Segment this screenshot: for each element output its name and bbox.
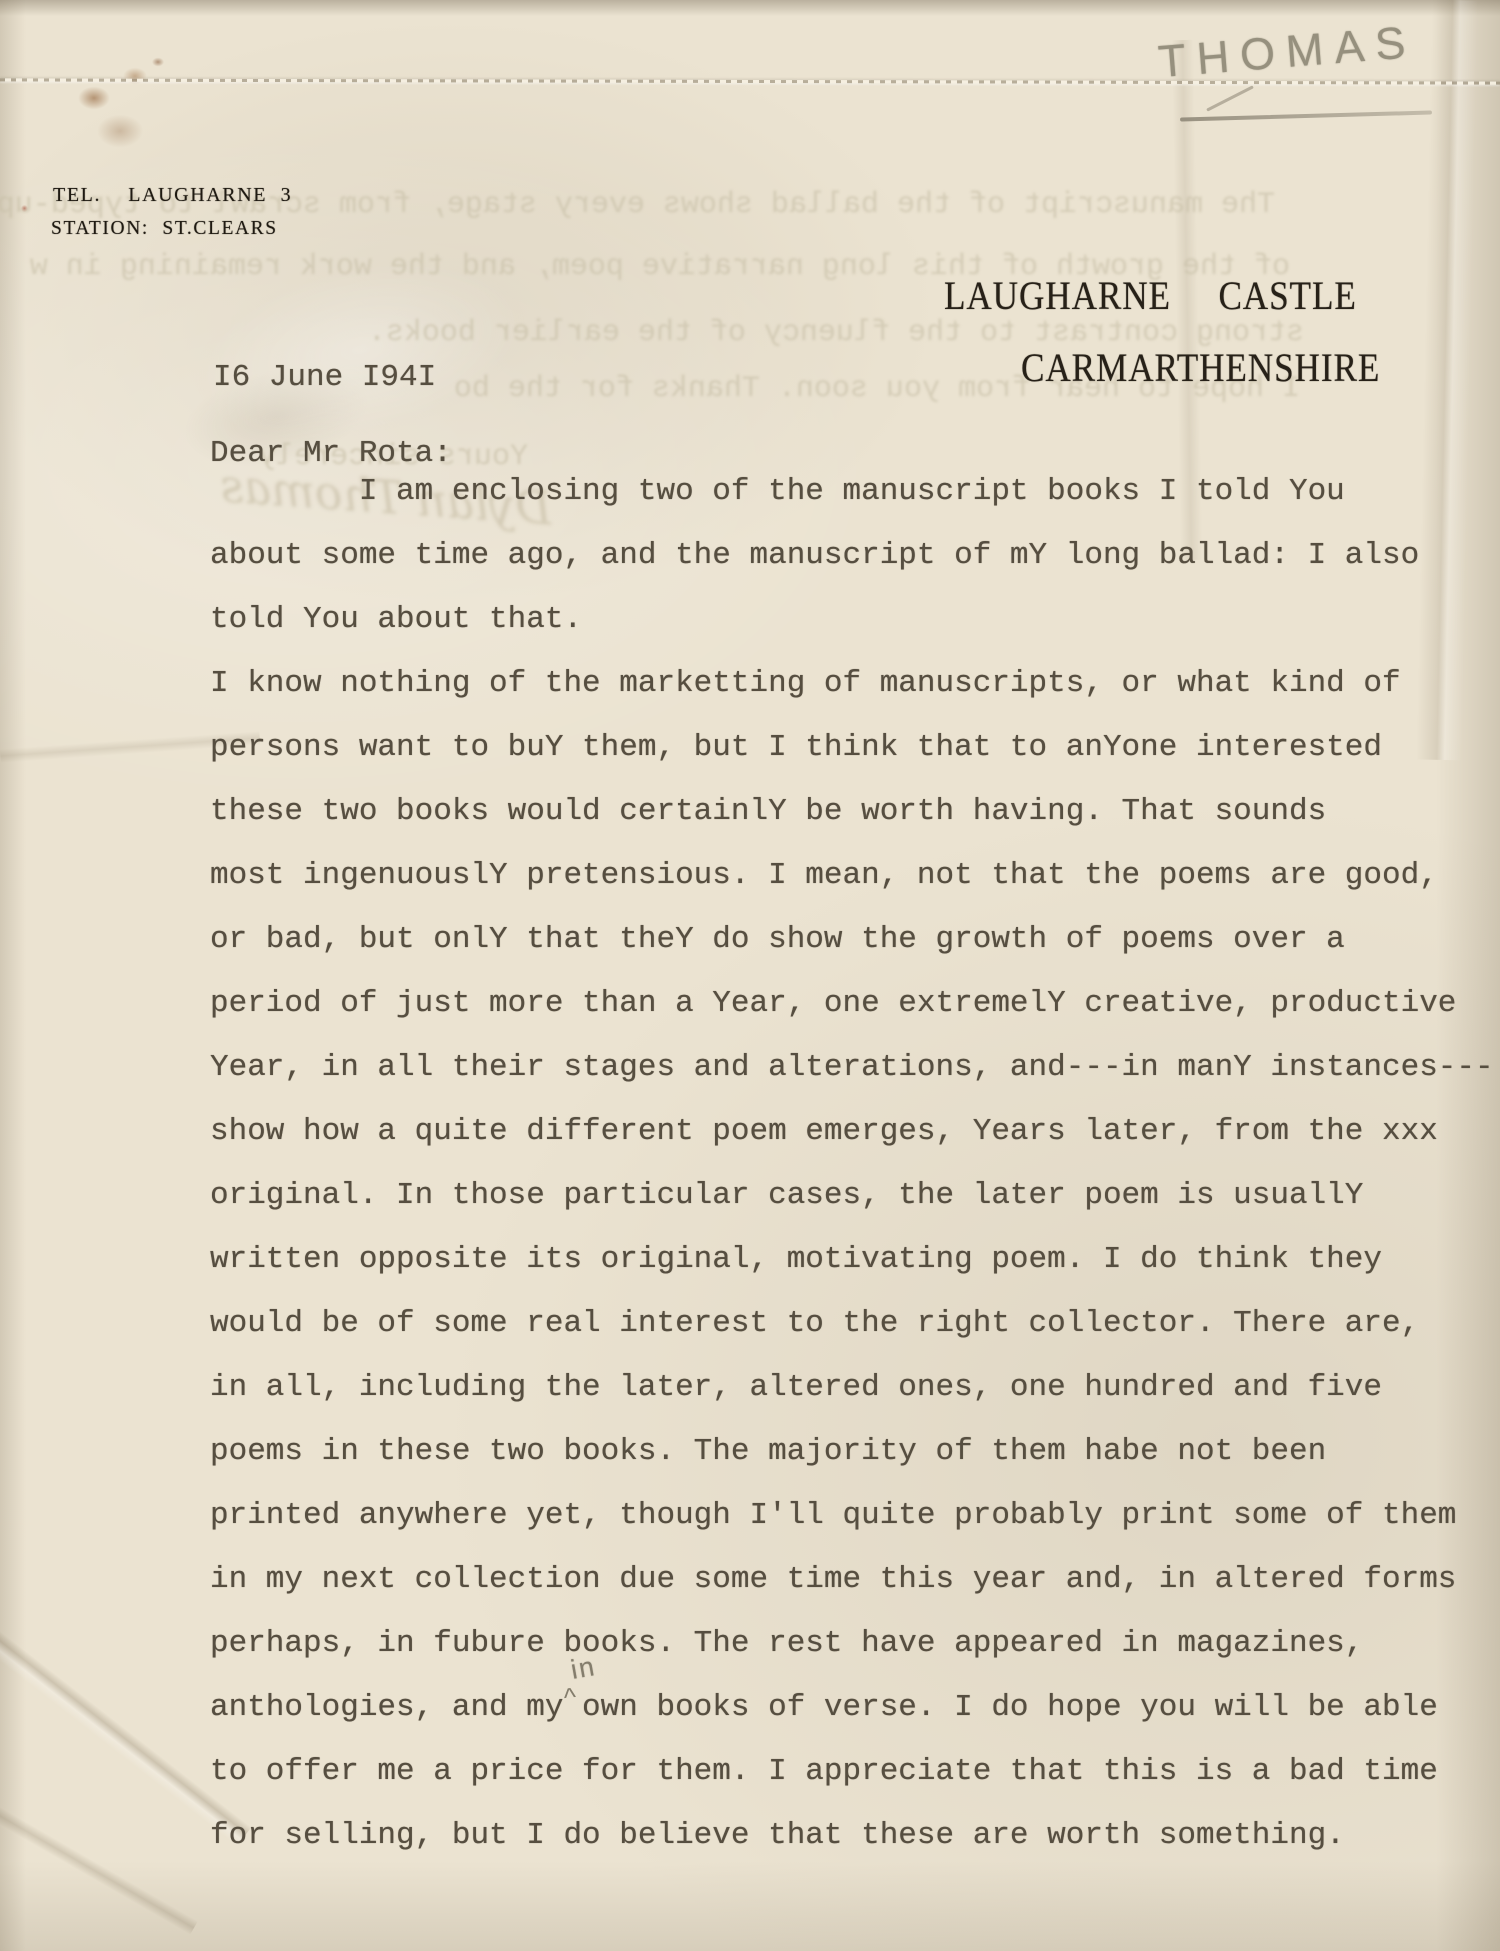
typed-line: show how a quite different poem emerges,… <box>210 1100 1500 1164</box>
paper-crease <box>0 1801 198 1935</box>
typed-line: about some time ago, and the manuscript … <box>210 524 1500 588</box>
letter-body: I am enclosing two of the manuscript boo… <box>210 460 1500 1868</box>
fold-perforation-line <box>0 78 1500 84</box>
pencil-underline <box>1180 110 1432 121</box>
typed-line: or bad, but onlY that theY do show the g… <box>210 908 1500 972</box>
typed-line: to offer me a price for them. I apprecia… <box>210 1740 1500 1804</box>
letterhead-address-line2: CARMARTHENSHIRE <box>1021 344 1380 391</box>
letterhead-address-line1: LAUGHARNE CASTLE <box>944 272 1357 319</box>
typed-line: I know nothing of the marketting of manu… <box>210 652 1500 716</box>
typed-line: perhaps, in fubure books. The rest have … <box>210 1612 1500 1676</box>
paper-stain <box>88 108 152 154</box>
letter-date: I6 June I94I <box>213 360 436 395</box>
letter-page: The manuscript of the ballad shows every… <box>0 0 1500 1951</box>
typed-line: anthologies, and my own books of verse. … <box>210 1676 1500 1740</box>
pencil-owner-name: THOMAS <box>1156 16 1418 88</box>
typed-line: for selling, but I do believe that these… <box>210 1804 1500 1868</box>
typed-line: persons want to buY them, but I think th… <box>210 716 1500 780</box>
typed-line: period of just more than a Year, one ext… <box>210 972 1500 1036</box>
paper-stain <box>150 56 166 68</box>
pencil-underline-tick <box>1206 85 1254 111</box>
typed-line: original. In those particular cases, the… <box>210 1164 1500 1228</box>
typed-line: these two books would certainlY be worth… <box>210 780 1500 844</box>
typed-line: printed anywhere yet, though I'll quite … <box>210 1484 1500 1548</box>
typed-line: most ingenuouslY pretensious. I mean, no… <box>210 844 1500 908</box>
typed-line: Year, in all their stages and alteration… <box>210 1036 1500 1100</box>
paper-stain <box>118 64 152 88</box>
typed-line: poems in these two books. The majority o… <box>210 1420 1500 1484</box>
typed-line: in all, including the later, altered one… <box>210 1356 1500 1420</box>
paper-stain <box>72 82 116 114</box>
typed-line: written opposite its original, motivatin… <box>210 1228 1500 1292</box>
paper-stain <box>20 204 29 213</box>
typed-line: would be of some real interest to the ri… <box>210 1292 1500 1356</box>
letterhead-station: STATION: ST.CLEARS <box>51 218 278 240</box>
typed-line: told You about that. <box>210 588 1500 652</box>
typed-line: I am enclosing two of the manuscript boo… <box>210 460 1500 524</box>
letterhead-telephone: TEL. LAUGHARNE 3 <box>53 184 292 207</box>
typed-line: in my next collection due some time this… <box>210 1548 1500 1612</box>
